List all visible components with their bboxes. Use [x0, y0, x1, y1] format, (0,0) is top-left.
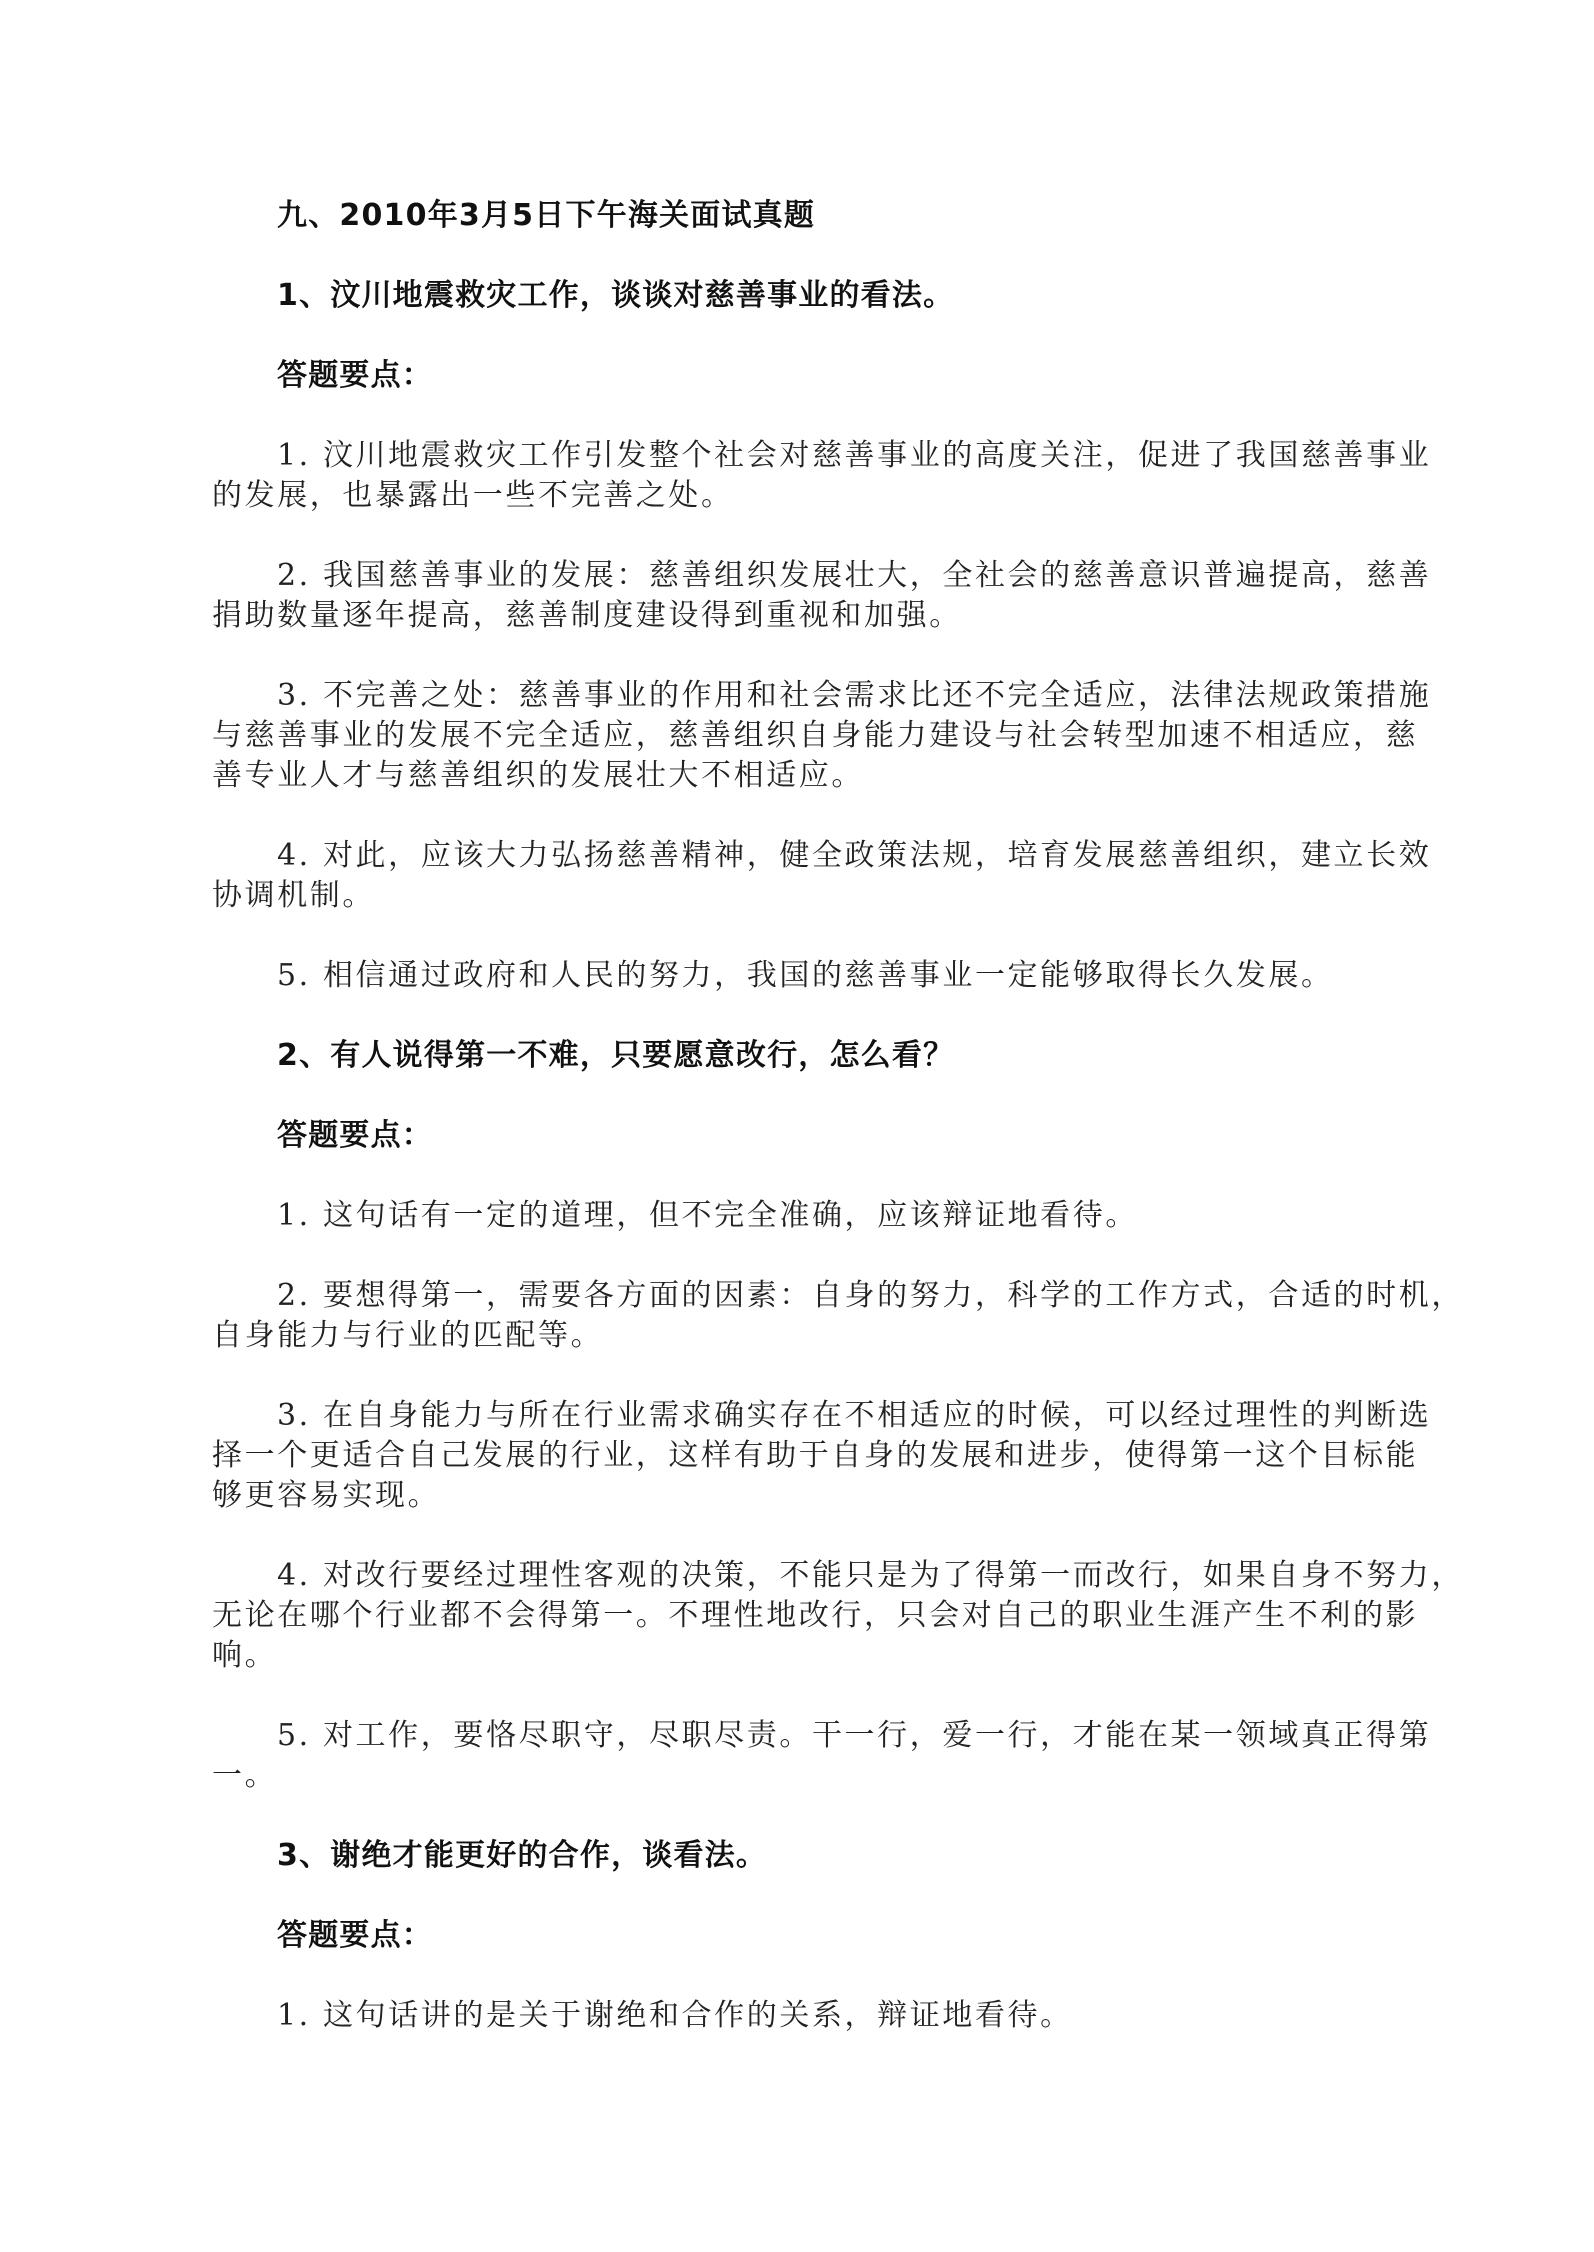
point-line: 与慈善事业的发展不完全适应，慈善组织自身能力建设与社会转型加速不相适应，慈: [212, 716, 1394, 756]
answer-point: 5. 相信通过政府和人民的努力，我国的慈善事业一定能够取得长久发展。: [212, 956, 1394, 996]
point-line: 自身能力与行业的匹配等。: [212, 1316, 1394, 1356]
point-line: 1. 汶川地震救灾工作引发整个社会对慈善事业的高度关注，促进了我国慈善事业: [212, 436, 1394, 476]
answer-point: 2. 要想得第一，需要各方面的因素：自身的努力，科学的工作方式，合适的时机， 自…: [212, 1276, 1394, 1356]
point-line: 2. 我国慈善事业的发展：慈善组织发展壮大，全社会的慈善意识普遍提高，慈善: [212, 556, 1394, 596]
answer-point: 3. 在自身能力与所在行业需求确实存在不相适应的时候，可以经过理性的判断选 择一…: [212, 1396, 1394, 1516]
answer-point: 5. 对工作，要恪尽职守，尽职尽责。干一行，爱一行，才能在某一领域真正得第 一。: [212, 1716, 1394, 1796]
point-line: 3. 不完善之处：慈善事业的作用和社会需求比还不完全适应，法律法规政策措施: [212, 676, 1394, 716]
point-line: 1. 这句话有一定的道理，但不完全准确，应该辩证地看待。: [212, 1196, 1394, 1236]
answer-point: 1. 汶川地震救灾工作引发整个社会对慈善事业的高度关注，促进了我国慈善事业 的发…: [212, 436, 1394, 516]
section-title-text: 九、2010年3月5日下午海关面试真题: [212, 196, 1394, 236]
point-line: 5. 相信通过政府和人民的努力，我国的慈善事业一定能够取得长久发展。: [212, 956, 1394, 996]
question-title: 2、有人说得第一不难，只要愿意改行，怎么看？: [212, 1036, 1394, 1076]
point-line: 2. 要想得第一，需要各方面的因素：自身的努力，科学的工作方式，合适的时机，: [212, 1276, 1394, 1316]
answer-point: 4. 对改行要经过理性客观的决策，不能只是为了得第一而改行，如果自身不努力， 无…: [212, 1556, 1394, 1676]
point-line: 4. 对改行要经过理性客观的决策，不能只是为了得第一而改行，如果自身不努力，: [212, 1556, 1394, 1596]
question-2-answer-label: 答题要点：: [212, 1116, 1394, 1156]
point-line: 协调机制。: [212, 876, 1394, 916]
point-line: 善专业人才与慈善组织的发展壮大不相适应。: [212, 756, 1394, 796]
answer-label: 答题要点：: [212, 356, 1394, 396]
point-line: 响。: [212, 1636, 1394, 1676]
point-line: 4. 对此，应该大力弘扬慈善精神，健全政策法规，培育发展慈善组织，建立长效: [212, 836, 1394, 876]
point-line: 捐助数量逐年提高，慈善制度建设得到重视和加强。: [212, 596, 1394, 636]
point-line: 择一个更适合自己发展的行业，这样有助于自身的发展和进步，使得第一这个目标能: [212, 1436, 1394, 1476]
answer-label: 答题要点：: [212, 1116, 1394, 1156]
question-title: 3、谢绝才能更好的合作，谈看法。: [212, 1836, 1394, 1876]
point-line: 一。: [212, 1756, 1394, 1796]
point-line: 5. 对工作，要恪尽职守，尽职尽责。干一行，爱一行，才能在某一领域真正得第: [212, 1716, 1394, 1756]
point-line: 1. 这句话讲的是关于谢绝和合作的关系，辩证地看待。: [212, 1996, 1394, 2036]
point-line: 够更容易实现。: [212, 1476, 1394, 1516]
answer-point: 1. 这句话讲的是关于谢绝和合作的关系，辩证地看待。: [212, 1996, 1394, 2036]
answer-point: 3. 不完善之处：慈善事业的作用和社会需求比还不完全适应，法律法规政策措施 与慈…: [212, 676, 1394, 796]
question-3-answer-label: 答题要点：: [212, 1916, 1394, 1956]
answer-point: 1. 这句话有一定的道理，但不完全准确，应该辩证地看待。: [212, 1196, 1394, 1236]
question-title: 1、汶川地震救灾工作，谈谈对慈善事业的看法。: [212, 276, 1394, 316]
point-line: 的发展，也暴露出一些不完善之处。: [212, 476, 1394, 516]
answer-label: 答题要点：: [212, 1916, 1394, 1956]
answer-point: 4. 对此，应该大力弘扬慈善精神，健全政策法规，培育发展慈善组织，建立长效 协调…: [212, 836, 1394, 916]
question-2-title: 2、有人说得第一不难，只要愿意改行，怎么看？: [212, 1036, 1394, 1076]
question-1-title: 1、汶川地震救灾工作，谈谈对慈善事业的看法。: [212, 276, 1394, 316]
question-3-title: 3、谢绝才能更好的合作，谈看法。: [212, 1836, 1394, 1876]
document-page: 九、2010年3月5日下午海关面试真题 1、汶川地震救灾工作，谈谈对慈善事业的看…: [212, 196, 1394, 2076]
question-1-answer-label: 答题要点：: [212, 356, 1394, 396]
point-line: 3. 在自身能力与所在行业需求确实存在不相适应的时候，可以经过理性的判断选: [212, 1396, 1394, 1436]
answer-point: 2. 我国慈善事业的发展：慈善组织发展壮大，全社会的慈善意识普遍提高，慈善 捐助…: [212, 556, 1394, 636]
point-line: 无论在哪个行业都不会得第一。不理性地改行，只会对自己的职业生涯产生不利的影: [212, 1596, 1394, 1636]
section-title: 九、2010年3月5日下午海关面试真题: [212, 196, 1394, 236]
